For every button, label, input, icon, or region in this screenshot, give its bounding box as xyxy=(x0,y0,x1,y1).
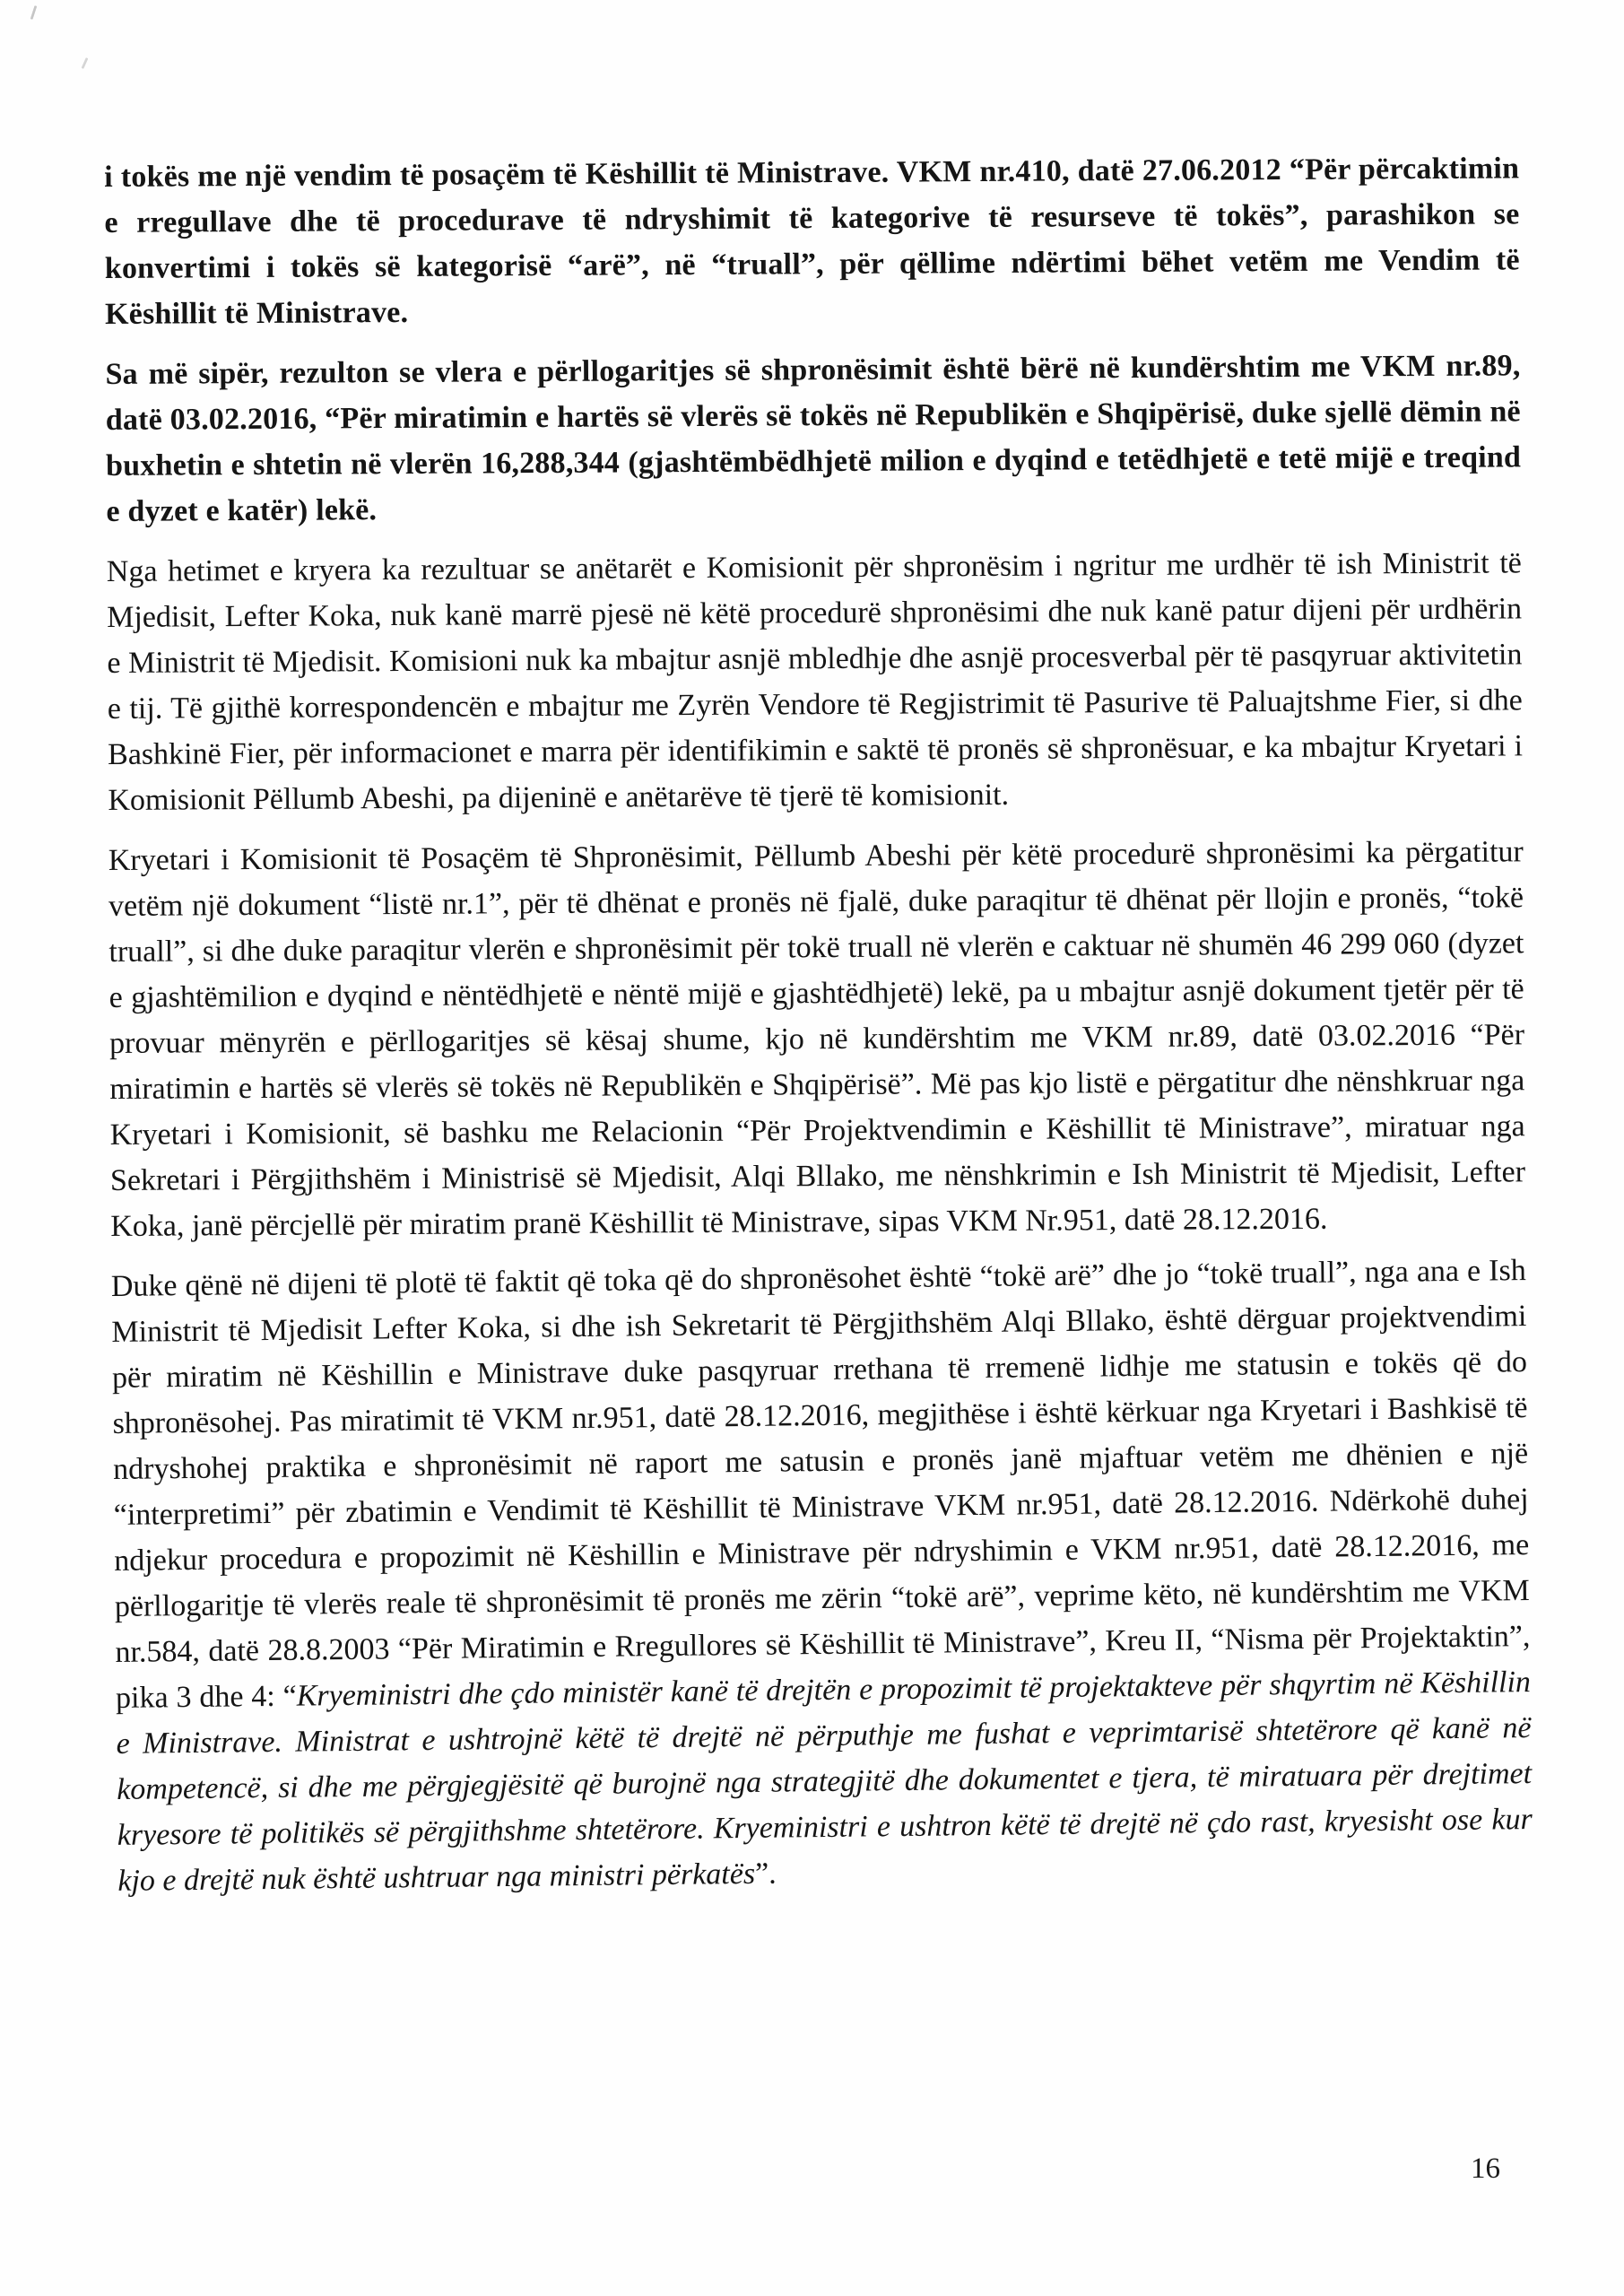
paragraph-text: Kryetari i Komisionit të Posaçëm të Shpr… xyxy=(109,835,1525,1243)
scan-artifact xyxy=(81,57,88,69)
page-number: 16 xyxy=(1471,2151,1500,2187)
document-body: i tokës me një vendim të posaçëm të Kësh… xyxy=(104,145,1530,1918)
paragraph-text: Nga hetimet e kryera ka rezultuar se anë… xyxy=(107,546,1523,817)
document-page: i tokës me një vendim të posaçëm të Kësh… xyxy=(0,0,1624,2296)
paragraph-text: i tokës me një vendim të posaçëm të Kësh… xyxy=(104,152,1520,331)
paragraph-4: Kryetari i Komisionit të Posaçëm të Shpr… xyxy=(109,829,1526,1249)
scan-artifact xyxy=(30,5,38,20)
paragraph-5: Duke qënë në dijeni të plotë të faktit q… xyxy=(111,1248,1533,1904)
paragraph-3: Nga hetimet e kryera ka rezultuar se anë… xyxy=(107,540,1524,823)
paragraph-1: i tokës me një vendim të posaçëm të Kësh… xyxy=(104,145,1520,337)
paragraph-text: Duke qënë në dijeni të plotë të faktit q… xyxy=(111,1254,1531,1715)
paragraph-text: Sa më sipër, rezulton se vlera e përllog… xyxy=(105,349,1521,528)
paragraph-text: ”. xyxy=(755,1857,777,1891)
quoted-law-citation-italic: Kryeministri dhe çdo ministër kanë të dr… xyxy=(116,1665,1532,1898)
paragraph-2: Sa më sipër, rezulton se vlera e përllog… xyxy=(105,343,1521,535)
